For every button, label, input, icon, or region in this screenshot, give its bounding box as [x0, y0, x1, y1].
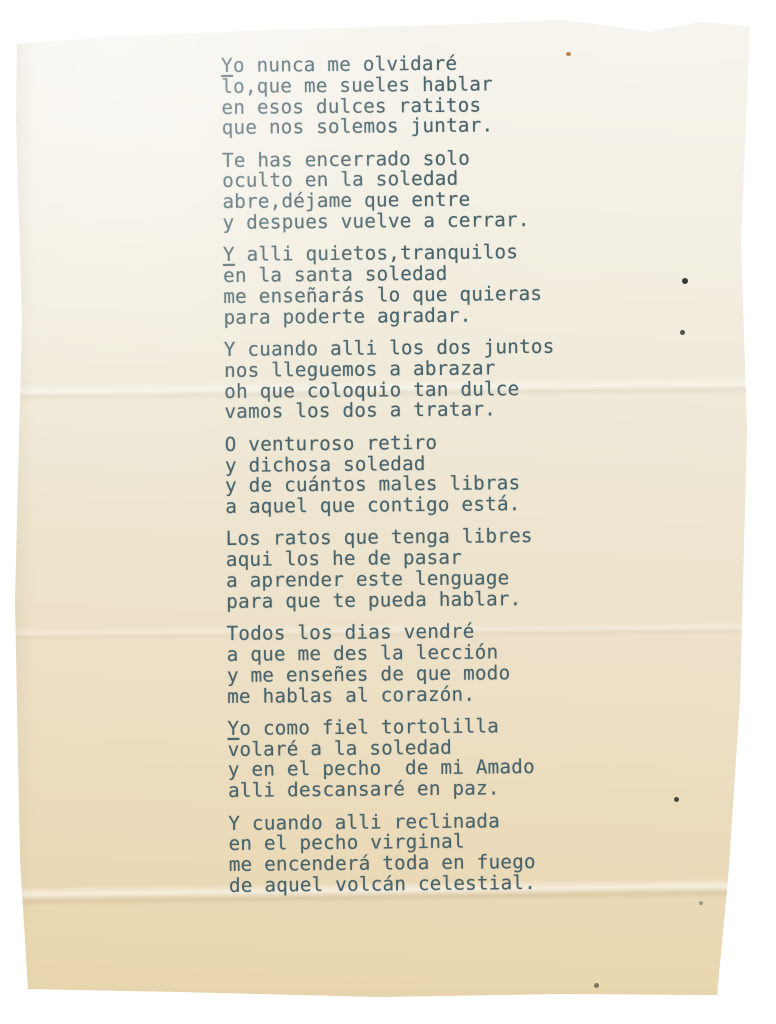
- poem-stanza: Te has encerrado solo oculto en la soled…: [222, 148, 553, 234]
- poem-stanza: Los ratos que tenga libres aqui los he d…: [226, 526, 557, 612]
- poem-stanza: Y cuando alli los dos juntos nos lleguem…: [224, 337, 555, 423]
- poem-stanza: Y alli quietos,tranquilos en la santa so…: [223, 242, 554, 328]
- paper-speck: [566, 52, 571, 56]
- paper-speck: [682, 278, 688, 284]
- poem-line: para poderte agradar.: [223, 305, 554, 329]
- poem-line: a aquel que contigo está.: [225, 494, 556, 518]
- poem-text: Yo nunca me olvidaré lo,que me sueles ha…: [221, 53, 560, 908]
- poem-stanza: Y cuando alli reclinada en el pecho virg…: [228, 810, 559, 896]
- poem-stanza: Yo nunca me olvidaré lo,que me sueles ha…: [221, 53, 552, 139]
- poem-line: para que te pueda hablar.: [226, 589, 557, 613]
- poem-line: alli descansaré en paz.: [228, 778, 559, 802]
- paper-speck: [674, 797, 679, 802]
- poem-line: vamos los dos a tratar.: [224, 399, 555, 423]
- paper-page: Yo nunca me olvidaré lo,que me sueles ha…: [0, 0, 776, 1024]
- poem-line: que nos solemos juntar.: [222, 115, 553, 139]
- poem-stanza: Yo como fiel tortolilla volaré a la sole…: [227, 716, 558, 802]
- poem-line: de aquel volcán celestial.: [229, 873, 560, 897]
- poem-stanza: Todos los dias vendré a que me des la le…: [226, 621, 557, 707]
- paper-speck: [594, 983, 599, 988]
- paper-speck: [680, 330, 685, 335]
- poem-stanza: O venturoso retiro y dichosa soledad y d…: [225, 432, 556, 518]
- poem-line: me hablas al corazón.: [227, 683, 558, 707]
- scan-background: Yo nunca me olvidaré lo,que me sueles ha…: [0, 0, 776, 1024]
- paper-speck: [699, 901, 703, 905]
- poem-line: y despues vuelve a cerrar.: [223, 210, 554, 234]
